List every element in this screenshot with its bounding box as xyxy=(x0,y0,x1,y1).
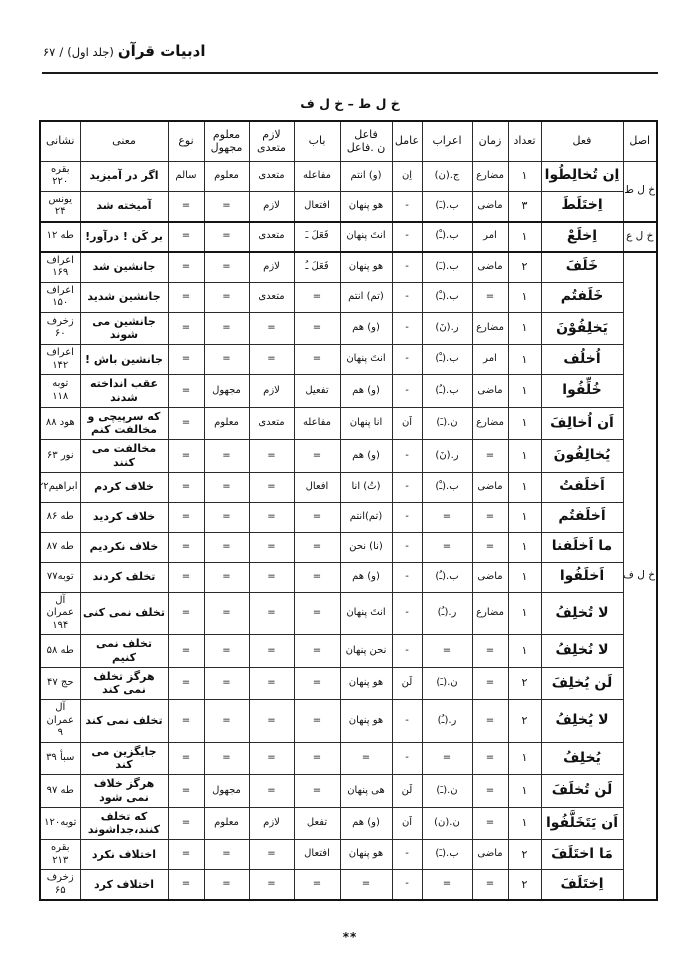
cell-amel: - xyxy=(392,870,422,901)
cell-ref: آل عمران ۹ xyxy=(40,700,80,743)
cell-ref: هود ۸۸ xyxy=(40,407,80,440)
cell-ref: بقره ۲۲۰ xyxy=(40,161,80,191)
cell-erab: ر.(نَ) xyxy=(422,440,472,473)
cell-tense: ماضی xyxy=(472,562,508,592)
table-row: خ ل عاِخلَعْ۱امرب.(ـْ)-انتَ پنهانفَعَلَ … xyxy=(40,222,657,252)
cell-count: ۲ xyxy=(508,700,541,743)
cell-voice: = xyxy=(204,282,249,312)
cell-meaning: عقب انداخته شدند xyxy=(80,375,168,408)
table-row: اَن اُخالِفَ۱مضارعن.(ـَ)اَنانا پنهانمفاع… xyxy=(40,407,657,440)
cell-voice: معلوم xyxy=(204,161,249,191)
cell-count: ۱ xyxy=(508,472,541,502)
cell-count: ۳ xyxy=(508,191,541,222)
cell-ref: طه ۹۷ xyxy=(40,775,80,808)
cell-amel: اِن xyxy=(392,161,422,191)
cell-ref: توبه ۱۱۸ xyxy=(40,375,80,408)
cell-erab: ر.(ـُ) xyxy=(422,592,472,635)
cell-erab: ب.(ـْ) xyxy=(422,222,472,252)
col-header-erab: اعراب xyxy=(422,121,472,161)
table-row: ما اَخلَفنا۱==-(نا) نحن====خلاف نکردیمطه… xyxy=(40,532,657,562)
cell-bab: افعال xyxy=(294,472,340,502)
cell-bab: تفعل xyxy=(294,807,340,840)
cell-amel: - xyxy=(392,440,422,473)
cell-amel: - xyxy=(392,345,422,375)
cell-tense: = xyxy=(472,440,508,473)
cell-erab: ب.(ـَ) xyxy=(422,840,472,870)
cell-tense: امر xyxy=(472,345,508,375)
cell-count: ۱ xyxy=(508,562,541,592)
table-row: لا تُخلِفُ۱مضارعر.(ـُ)-انتَ پنهان====تخل… xyxy=(40,592,657,635)
cell-erab: ر.(نَ) xyxy=(422,312,472,345)
cell-meaning: که سرپیچی و مخالفت کنم xyxy=(80,407,168,440)
cell-meaning: که تخلف کنند،جداشوند xyxy=(80,807,168,840)
cell-bab: = xyxy=(294,870,340,901)
cell-meaning: خلاف کردم xyxy=(80,472,168,502)
cell-trans: = xyxy=(249,775,294,808)
table-row: اَخلَفتُ۱ماضیب.(ـْ)-(تُ) اناافعال===خلاف… xyxy=(40,472,657,502)
cell-voice: مجهول xyxy=(204,775,249,808)
cell-tense: = xyxy=(472,870,508,901)
table-row: یَخلِفُوْنَ۱مضارعر.(نَ)-(و) هم====جانشین… xyxy=(40,312,657,345)
cell-tense: ماضی xyxy=(472,840,508,870)
cell-trans: = xyxy=(249,592,294,635)
cell-fel: لَن تُخلَفَ xyxy=(541,775,623,808)
cell-trans: متعدی xyxy=(249,161,294,191)
col-header-asl: اصل xyxy=(623,121,657,161)
cell-tense: مضارع xyxy=(472,312,508,345)
cell-fael: انتَ پنهان xyxy=(340,592,392,635)
cell-ref: حج ۴۷ xyxy=(40,667,80,700)
cell-ref: توبه۷۷ xyxy=(40,562,80,592)
cell-trans: = xyxy=(249,700,294,743)
cell-erab: ب.(ـُ) xyxy=(422,562,472,592)
cell-amel: - xyxy=(392,635,422,668)
cell-erab: ن.(ـَ) xyxy=(422,775,472,808)
col-header-fael: فاعل ن .فاعل xyxy=(340,121,392,161)
cell-erab: ب.(ـْ) xyxy=(422,345,472,375)
cell-erab: ب.(ـَ) xyxy=(422,252,472,283)
cell-count: ۱ xyxy=(508,635,541,668)
cell-amel: لَن xyxy=(392,775,422,808)
cell-ref: طه ۵۸ xyxy=(40,635,80,668)
cell-type: سالم xyxy=(168,161,204,191)
table-row: اِختَلَفَ۲==-=====اختلاف کردزخرف ۶۵ xyxy=(40,870,657,901)
cell-fel: خَلَفَ xyxy=(541,252,623,283)
cell-voice: مجهول xyxy=(204,375,249,408)
cell-count: ۱ xyxy=(508,345,541,375)
cell-fel: یُخالِفُونَ xyxy=(541,440,623,473)
verb-table: اصل فعل تعداد زمان اعراب عامل فاعل ن .فا… xyxy=(39,120,658,901)
cell-bab: = xyxy=(294,312,340,345)
table-row: اِختَلَطَ۳ماضیب.(ـَ)-هو پنهانافتعاللازم=… xyxy=(40,191,657,222)
cell-fel: اِخلَعْ xyxy=(541,222,623,252)
cell-tense: = xyxy=(472,667,508,700)
cell-meaning: جانشین باش ! xyxy=(80,345,168,375)
cell-type: = xyxy=(168,472,204,502)
cell-voice: = xyxy=(204,667,249,700)
cell-voice: = xyxy=(204,312,249,345)
cell-ref: طه ۸۶ xyxy=(40,502,80,532)
cell-fael: انتَ پنهان xyxy=(340,345,392,375)
cell-voice: = xyxy=(204,502,249,532)
cell-type: = xyxy=(168,191,204,222)
header-rule xyxy=(42,72,658,74)
cell-fel: یُخلِفُ xyxy=(541,742,623,775)
cell-erab: = xyxy=(422,742,472,775)
cell-bab: فَعَلَ ـُ xyxy=(294,252,340,283)
table-header-row: اصل فعل تعداد زمان اعراب عامل فاعل ن .فا… xyxy=(40,121,657,161)
cell-meaning: جانشین شد xyxy=(80,252,168,283)
cell-tense: = xyxy=(472,532,508,562)
cell-voice: = xyxy=(204,700,249,743)
cell-bab: = xyxy=(294,532,340,562)
cell-type: = xyxy=(168,840,204,870)
table-row: خَلَفتُم۱=ب.(ـْ)-(تم) انتم=متعدی==جانشین… xyxy=(40,282,657,312)
cell-voice: = xyxy=(204,840,249,870)
cell-bab: افتعال xyxy=(294,191,340,222)
cell-fel: اِختَلَطَ xyxy=(541,191,623,222)
cell-trans: = xyxy=(249,345,294,375)
cell-meaning: اختلاف کرد xyxy=(80,870,168,901)
cell-meaning: تخلف نمی کنی xyxy=(80,592,168,635)
cell-ref: نور ۶۳ xyxy=(40,440,80,473)
cell-meaning: جانشین می شوند xyxy=(80,312,168,345)
cell-meaning: تخلف نمی کنیم xyxy=(80,635,168,668)
table-row: خُلِّفُوا۱ماضیب.(ـُ)-(و) همتفعیللازممجهو… xyxy=(40,375,657,408)
cell-trans: = xyxy=(249,667,294,700)
cell-ref: اعراف ۱۴۲ xyxy=(40,345,80,375)
col-header-bab: باب xyxy=(294,121,340,161)
cell-bab: مفاعله xyxy=(294,161,340,191)
col-header-amel: عامل xyxy=(392,121,422,161)
table-row: لا نُخلِفُ۱==-نحن پنهان====تخلف نمی کنیم… xyxy=(40,635,657,668)
cell-meaning: خلاف نکردیم xyxy=(80,532,168,562)
cell-trans: = xyxy=(249,870,294,901)
cell-type: = xyxy=(168,807,204,840)
table-row: اُخلُف۱امرب.(ـْ)-انتَ پنهان====جانشین با… xyxy=(40,345,657,375)
cell-trans: = xyxy=(249,635,294,668)
cell-bab: = xyxy=(294,502,340,532)
table-row: اَخلَفتُم۱==-(تم)انتم====خلاف کردیدطه ۸۶ xyxy=(40,502,657,532)
header-separator: / xyxy=(59,45,63,59)
cell-fel: ما اَخلَفنا xyxy=(541,532,623,562)
cell-amel: - xyxy=(392,375,422,408)
cell-bab: افتعال xyxy=(294,840,340,870)
volume-label: (جلد اول) xyxy=(67,45,114,59)
book-title: ادبیات قرآن xyxy=(118,42,206,60)
cell-amel: - xyxy=(392,592,422,635)
cell-erab: = xyxy=(422,502,472,532)
cell-amel: - xyxy=(392,282,422,312)
cell-type: = xyxy=(168,635,204,668)
cell-erab: ج.(ن) xyxy=(422,161,472,191)
cell-meaning: تخلف کردند xyxy=(80,562,168,592)
cell-trans: لازم xyxy=(249,807,294,840)
cell-trans: لازم xyxy=(249,375,294,408)
cell-type: = xyxy=(168,345,204,375)
cell-erab: ن.(ن) xyxy=(422,807,472,840)
cell-tense: ماضی xyxy=(472,191,508,222)
cell-trans: لازم xyxy=(249,252,294,283)
cell-type: = xyxy=(168,667,204,700)
cell-amel: - xyxy=(392,312,422,345)
cell-amel: - xyxy=(392,472,422,502)
cell-tense: = xyxy=(472,635,508,668)
cell-type: = xyxy=(168,775,204,808)
col-header-meaning: معنی xyxy=(80,121,168,161)
cell-amel: - xyxy=(392,222,422,252)
cell-meaning: بر کَن ! درآور! xyxy=(80,222,168,252)
cell-count: ۱ xyxy=(508,532,541,562)
cell-type: = xyxy=(168,252,204,283)
cell-tense: = xyxy=(472,742,508,775)
cell-voice: = xyxy=(204,222,249,252)
cell-ref: اعراف ۱۶۹ xyxy=(40,252,80,283)
cell-type: = xyxy=(168,312,204,345)
cell-bab: = xyxy=(294,667,340,700)
cell-fael: هو پنهان xyxy=(340,667,392,700)
cell-fael: هی پنهان xyxy=(340,775,392,808)
cell-count: ۱ xyxy=(508,440,541,473)
cell-trans: = xyxy=(249,502,294,532)
section-title: خ ل ط – خ ل ف xyxy=(0,96,700,111)
cell-erab: ب.(ـْ) xyxy=(422,472,472,502)
cell-fael: (و) هم xyxy=(340,375,392,408)
cell-ref: طه ۸۷ xyxy=(40,532,80,562)
cell-ref: زخرف ۶۵ xyxy=(40,870,80,901)
cell-voice: = xyxy=(204,562,249,592)
cell-tense: = xyxy=(472,700,508,743)
cell-amel: - xyxy=(392,840,422,870)
cell-ref: طه ۱۲ xyxy=(40,222,80,252)
cell-meaning: هرگز تخلف نمی کند xyxy=(80,667,168,700)
cell-trans: = xyxy=(249,840,294,870)
cell-trans: متعدی xyxy=(249,222,294,252)
cell-erab: ن.(ـَ) xyxy=(422,667,472,700)
table-row: لا یُخلِفُ۲=ر.(ـُ)-هو پنهان====تخلف نمی … xyxy=(40,700,657,743)
cell-type: = xyxy=(168,222,204,252)
cell-erab: = xyxy=(422,532,472,562)
cell-tense: ماضی xyxy=(472,472,508,502)
cell-fael: = xyxy=(340,870,392,901)
col-header-count: تعداد xyxy=(508,121,541,161)
cell-amel: - xyxy=(392,562,422,592)
cell-count: ۲ xyxy=(508,840,541,870)
book-page: ادبیات قرآن (جلد اول) / ۶۷ خ ل ط – خ ل ف… xyxy=(0,0,700,966)
cell-count: ۲ xyxy=(508,252,541,283)
cell-amel: اَن xyxy=(392,407,422,440)
cell-amel: - xyxy=(392,502,422,532)
cell-erab: ن.(ـَ) xyxy=(422,407,472,440)
cell-bab: = xyxy=(294,345,340,375)
cell-voice: = xyxy=(204,742,249,775)
col-header-type: نوع xyxy=(168,121,204,161)
cell-amel: - xyxy=(392,191,422,222)
table-row: یُخلِفُ۱==-=====جایگزین می کندسبأ ۳۹ xyxy=(40,742,657,775)
table-row: لَن تُخلَفَ۱=ن.(ـَ)لَنهی پنهان==مجهول=هر… xyxy=(40,775,657,808)
cell-bab: = xyxy=(294,635,340,668)
running-head: ادبیات قرآن (جلد اول) / ۶۷ xyxy=(43,42,206,60)
cell-amel: - xyxy=(392,252,422,283)
cell-trans: = xyxy=(249,472,294,502)
cell-fel: لا نُخلِفُ xyxy=(541,635,623,668)
cell-tense: = xyxy=(472,282,508,312)
cell-amel: - xyxy=(392,700,422,743)
cell-bab: = xyxy=(294,282,340,312)
cell-voice: = xyxy=(204,532,249,562)
cell-count: ۱ xyxy=(508,502,541,532)
cell-bab: = xyxy=(294,700,340,743)
table-row: مَا اختَلَفَ۲ماضیب.(ـَ)-هو پنهانافتعال==… xyxy=(40,840,657,870)
cell-trans: = xyxy=(249,742,294,775)
cell-fel: اِن تُخالِطُوا xyxy=(541,161,623,191)
cell-voice: = xyxy=(204,191,249,222)
cell-bab: = xyxy=(294,592,340,635)
cell-tense: = xyxy=(472,807,508,840)
cell-erab: ر.(ـُ) xyxy=(422,700,472,743)
cell-bab: فَعَلَ ـَ xyxy=(294,222,340,252)
cell-count: ۱ xyxy=(508,375,541,408)
cell-tense: مضارع xyxy=(472,592,508,635)
col-header-voice: معلوم مجهول xyxy=(204,121,249,161)
cell-fel: لا تُخلِفُ xyxy=(541,592,623,635)
verb-table-body: خ ل طاِن تُخالِطُوا۱مضارعج.(ن)اِن(و) انت… xyxy=(40,161,657,900)
cell-fael: (و) هم xyxy=(340,312,392,345)
col-header-tense: زمان xyxy=(472,121,508,161)
cell-bab: = xyxy=(294,742,340,775)
col-header-trans: لازم متعدی xyxy=(249,121,294,161)
cell-type: = xyxy=(168,502,204,532)
cell-fel: اَن اُخالِفَ xyxy=(541,407,623,440)
cell-fael: هو پنهان xyxy=(340,252,392,283)
cell-meaning: خلاف کردید xyxy=(80,502,168,532)
cell-erab: = xyxy=(422,870,472,901)
cell-voice: = xyxy=(204,870,249,901)
cell-meaning: تخلف نمی کند xyxy=(80,700,168,743)
cell-trans: = xyxy=(249,532,294,562)
cell-meaning: آمیخته شد xyxy=(80,191,168,222)
verb-table-wrap: اصل فعل تعداد زمان اعراب عامل فاعل ن .فا… xyxy=(41,120,658,901)
table-row: خ ل طاِن تُخالِطُوا۱مضارعج.(ن)اِن(و) انت… xyxy=(40,161,657,191)
cell-voice: = xyxy=(204,472,249,502)
cell-erab: = xyxy=(422,635,472,668)
cell-type: = xyxy=(168,282,204,312)
cell-fel: اَخلَفتُم xyxy=(541,502,623,532)
col-header-ref: نشانی xyxy=(40,121,80,161)
cell-voice: = xyxy=(204,345,249,375)
page-number: ۶۷ xyxy=(43,45,55,59)
cell-fel: اَخلَفتُ xyxy=(541,472,623,502)
cell-count: ۲ xyxy=(508,870,541,901)
cell-trans: = xyxy=(249,312,294,345)
cell-fel: اِختَلَفَ xyxy=(541,870,623,901)
cell-tense: مضارع xyxy=(472,161,508,191)
cell-fael: هو پنهان xyxy=(340,840,392,870)
cell-type: = xyxy=(168,532,204,562)
footer-marker: ** xyxy=(0,930,700,944)
cell-root: خ ل ط xyxy=(623,161,657,222)
cell-trans: متعدی xyxy=(249,282,294,312)
cell-trans: متعدی xyxy=(249,407,294,440)
cell-tense: ماضی xyxy=(472,252,508,283)
cell-meaning: مخالفت می کنند xyxy=(80,440,168,473)
cell-count: ۱ xyxy=(508,312,541,345)
cell-ref: ابراهیم۲۲ xyxy=(40,472,80,502)
cell-fael: هو پنهان xyxy=(340,700,392,743)
cell-fael: (و) هم xyxy=(340,440,392,473)
cell-root: خ ل ع xyxy=(623,222,657,252)
cell-fel: اَن یَتَخَلَّفُوا xyxy=(541,807,623,840)
cell-fael: (و) هم xyxy=(340,562,392,592)
cell-tense: = xyxy=(472,502,508,532)
cell-erab: ب.(ـُ) xyxy=(422,375,472,408)
cell-fael: (تم) انتم xyxy=(340,282,392,312)
cell-voice: = xyxy=(204,440,249,473)
cell-ref: اعراف ۱۵۰ xyxy=(40,282,80,312)
cell-bab: = xyxy=(294,775,340,808)
cell-bab: = xyxy=(294,440,340,473)
cell-count: ۱ xyxy=(508,282,541,312)
cell-fel: لَن یُخلِفَ xyxy=(541,667,623,700)
cell-tense: مضارع xyxy=(472,407,508,440)
cell-trans: = xyxy=(249,562,294,592)
cell-type: = xyxy=(168,870,204,901)
cell-fel: اَخلَفُوا xyxy=(541,562,623,592)
cell-tense: = xyxy=(472,775,508,808)
cell-amel: - xyxy=(392,532,422,562)
cell-count: ۱ xyxy=(508,407,541,440)
cell-meaning: هرگز خلاف نمی شود xyxy=(80,775,168,808)
cell-fel: یَخلِفُوْنَ xyxy=(541,312,623,345)
cell-amel: - xyxy=(392,742,422,775)
cell-ref: آل عمران ۱۹۴ xyxy=(40,592,80,635)
cell-fael: (و) هم xyxy=(340,807,392,840)
cell-voice: معلوم xyxy=(204,807,249,840)
table-row: یُخالِفُونَ۱=ر.(نَ)-(و) هم====مخالفت می … xyxy=(40,440,657,473)
cell-fael: = xyxy=(340,742,392,775)
cell-count: ۱ xyxy=(508,222,541,252)
cell-fael: انا پنهان xyxy=(340,407,392,440)
table-row: خ ل فخَلَفَ۲ماضیب.(ـَ)-هو پنهانفَعَلَ ـُ… xyxy=(40,252,657,283)
table-row: اَن یَتَخَلَّفُوا۱=ن.(ن)اَن(و) همتفعللاز… xyxy=(40,807,657,840)
cell-meaning: جانشین شدید xyxy=(80,282,168,312)
cell-count: ۲ xyxy=(508,667,541,700)
cell-fael: انتَ پنهان xyxy=(340,222,392,252)
cell-meaning: اگر در آمیزید xyxy=(80,161,168,191)
cell-trans: لازم xyxy=(249,191,294,222)
table-row: اَخلَفُوا۱ماضیب.(ـُ)-(و) هم====تخلف کردن… xyxy=(40,562,657,592)
cell-trans: = xyxy=(249,440,294,473)
col-header-fel: فعل xyxy=(541,121,623,161)
cell-fael: (و) انتم xyxy=(340,161,392,191)
cell-ref: زخرف ۶۰ xyxy=(40,312,80,345)
cell-fel: خَلَفتُم xyxy=(541,282,623,312)
cell-bab: مفاعله xyxy=(294,407,340,440)
cell-fel: خُلِّفُوا xyxy=(541,375,623,408)
cell-ref: توبه۱۲۰ xyxy=(40,807,80,840)
cell-count: ۱ xyxy=(508,775,541,808)
cell-amel: لَن xyxy=(392,667,422,700)
cell-fel: مَا اختَلَفَ xyxy=(541,840,623,870)
cell-type: = xyxy=(168,440,204,473)
cell-tense: ماضی xyxy=(472,375,508,408)
cell-bab: تفعیل xyxy=(294,375,340,408)
cell-fael: (نا) نحن xyxy=(340,532,392,562)
cell-meaning: اختلاف نکرد xyxy=(80,840,168,870)
cell-type: = xyxy=(168,700,204,743)
cell-ref: سبأ ۳۹ xyxy=(40,742,80,775)
cell-voice: = xyxy=(204,592,249,635)
